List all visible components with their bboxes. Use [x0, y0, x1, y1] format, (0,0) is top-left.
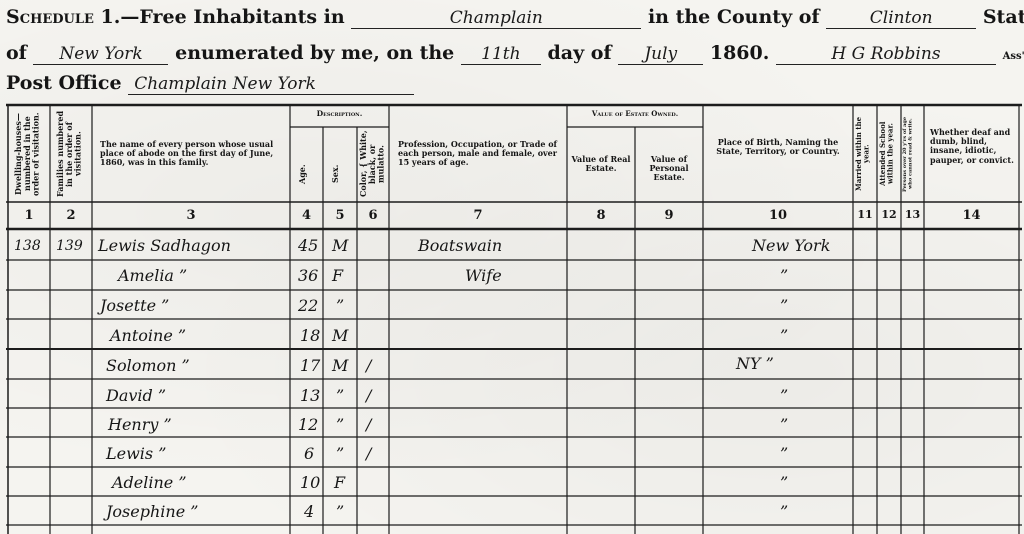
col-2-header: Families numbered in the order of visita… [56, 110, 86, 198]
col-num-11: 11 [853, 208, 877, 221]
person-name: Antoine ” [110, 326, 186, 345]
person-name: Amelia ” [118, 266, 187, 285]
col-num-13: 13 [901, 208, 924, 221]
col-1-header: Dwelling-houses—numbered in the order of… [14, 110, 44, 198]
person-age: 36 [298, 266, 318, 285]
person-age: 10 [300, 473, 320, 492]
person-sex: M [332, 326, 348, 345]
col-11-header: Married within the year. [855, 110, 875, 198]
person-age: 17 [300, 356, 320, 375]
person-birthplace: ” [780, 415, 788, 434]
person-age: 22 [298, 296, 318, 315]
person-birthplace: ” [780, 502, 788, 521]
person-sex: ” [336, 415, 344, 434]
col-4-header: Age. [298, 150, 316, 198]
col-7-header: Profession, Occupation, or Trade of each… [398, 140, 560, 168]
person-sex: ” [336, 386, 344, 405]
person-name: Josephine ” [106, 502, 198, 521]
person-color: / [366, 415, 371, 434]
col-5-header: Sex. [331, 150, 349, 198]
col-8-header: Value of Real Estate. [571, 155, 631, 173]
person-birthplace: ” [780, 326, 788, 345]
col-num-6: 6 [357, 208, 389, 223]
person-name: Lewis Sadhagon [98, 236, 231, 255]
col-3-header: The name of every person whose usual pla… [100, 140, 285, 168]
person-name: David ” [106, 386, 166, 405]
col-9-header: Value of Personal Estate. [639, 155, 699, 183]
person-age: 4 [304, 502, 314, 521]
person-birthplace: ” [780, 444, 788, 463]
description-group-header: Description. [290, 110, 389, 119]
person-birthplace: ” [780, 296, 788, 315]
person-age: 12 [298, 415, 318, 434]
person-name: Solomon ” [106, 356, 190, 375]
person-sex: F [332, 266, 343, 285]
person-birthplace: New York [752, 236, 830, 255]
person-age: 13 [300, 386, 320, 405]
person-name: Josette ” [100, 296, 169, 315]
col-num-7: 7 [389, 208, 567, 223]
person-birthplace: ” [780, 473, 788, 492]
person-color: / [366, 444, 371, 463]
person-sex: ” [336, 502, 344, 521]
col-12-header: Attended School within the year. [879, 110, 899, 198]
person-name: Henry ” [108, 415, 172, 434]
col-num-8: 8 [567, 208, 635, 223]
col-6-header: Color, { White, black, or mulatto. [359, 130, 387, 198]
person-age: 18 [300, 326, 320, 345]
col-num-9: 9 [635, 208, 703, 223]
estate-group-header: Value of Estate Owned. [567, 110, 703, 118]
person-sex: ” [336, 444, 344, 463]
person-sex: M [332, 356, 348, 375]
col-num-4: 4 [290, 208, 323, 223]
col-10-header: Place of Birth, Naming the State, Territ… [710, 138, 846, 156]
person-name: Adeline ” [112, 473, 187, 492]
col-num-1: 1 [8, 208, 50, 223]
person-sex: ” [336, 296, 344, 315]
person-color: / [366, 386, 371, 405]
family-number: 139 [56, 238, 83, 254]
col-num-5: 5 [323, 208, 357, 223]
col-14-header: Whether deaf and dumb, blind, insane, id… [930, 128, 1016, 165]
person-sex: M [332, 236, 348, 255]
person-occupation: Boatswain [418, 236, 502, 255]
person-sex: F [334, 473, 345, 492]
person-age: 6 [304, 444, 314, 463]
person-birthplace: ” [780, 266, 788, 285]
col-num-2: 2 [50, 208, 92, 223]
person-age: 45 [298, 236, 318, 255]
col-num-12: 12 [877, 208, 901, 221]
col-num-14: 14 [924, 208, 1019, 223]
col-num-10: 10 [703, 208, 853, 223]
person-color: / [366, 356, 371, 375]
person-birthplace: NY ” [736, 354, 774, 373]
person-occupation: Wife [465, 266, 502, 285]
col-13-header: Persons over 20 y'rs of age who cannot r… [903, 110, 922, 198]
person-birthplace: ” [780, 386, 788, 405]
dwelling-number: 138 [14, 238, 41, 254]
col-num-3: 3 [92, 208, 290, 223]
person-name: Lewis ” [106, 444, 166, 463]
